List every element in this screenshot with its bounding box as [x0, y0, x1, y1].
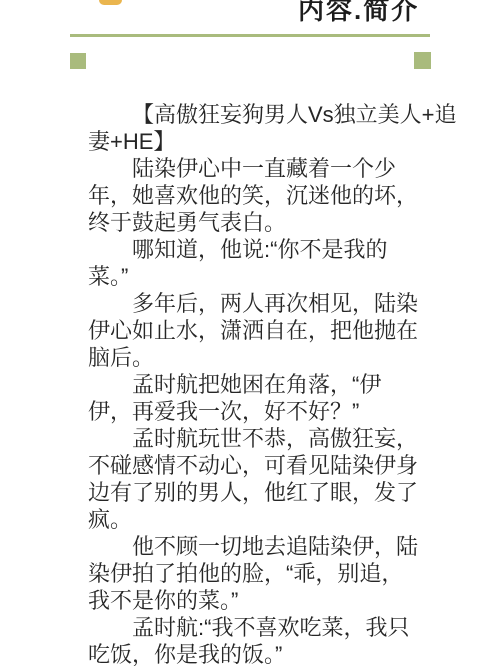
text-line: 多年后，两人再次相见，陆染 — [88, 290, 422, 317]
body-text: 【高傲狂妄狗男人Vs独立美人+追妻+HE】陆染伊心中一直藏着一个少年，她喜欢他的… — [88, 101, 422, 666]
text-line: 我不是你的菜。” — [88, 587, 422, 614]
text-line: 吃饭，你是我的饭。” — [88, 641, 422, 666]
text-line: 他不顾一切地去追陆染伊，陆 — [88, 533, 422, 560]
left-square-decoration — [70, 53, 86, 69]
text-line: 染伊拍了拍他的脸，“乖，别追， — [88, 560, 422, 587]
yellow-arc-decoration — [99, 0, 122, 5]
right-square-decoration — [414, 52, 431, 69]
text-line: 孟时航:“我不喜欢吃菜，我只 — [88, 614, 422, 641]
text-line: 伊，再爱我一次，好不好？” — [88, 398, 422, 425]
text-line: 年，她喜欢他的笑，沉迷他的坏， — [88, 182, 422, 209]
text-line: 伊心如止水，潇洒自在，把他抛在 — [88, 317, 422, 344]
page-title: 内容.简介 — [298, 0, 419, 27]
text-line: 妻+HE】 — [88, 128, 422, 155]
novel-intro-page: 内容.简介 【高傲狂妄狗男人Vs独立美人+追妻+HE】陆染伊心中一直藏着一个少年… — [0, 0, 500, 666]
text-line: 孟时航玩世不恭，高傲狂妄， — [88, 425, 422, 452]
divider-line — [70, 34, 430, 37]
text-line: 【高傲狂妄狗男人Vs独立美人+追 — [88, 101, 422, 128]
text-line: 陆染伊心中一直藏着一个少 — [88, 155, 422, 182]
text-line: 终于鼓起勇气表白。 — [88, 209, 422, 236]
text-line: 孟时航把她困在角落，“伊 — [88, 371, 422, 398]
text-line: 不碰感情不动心，可看见陆染伊身 — [88, 452, 422, 479]
text-line: 边有了别的男人，他红了眼，发了 — [88, 479, 422, 506]
text-line: 哪知道，他说:“你不是我的 — [88, 236, 422, 263]
text-line: 脑后。 — [88, 344, 422, 371]
text-line: 菜。” — [88, 263, 422, 290]
text-line: 疯。 — [88, 506, 422, 533]
